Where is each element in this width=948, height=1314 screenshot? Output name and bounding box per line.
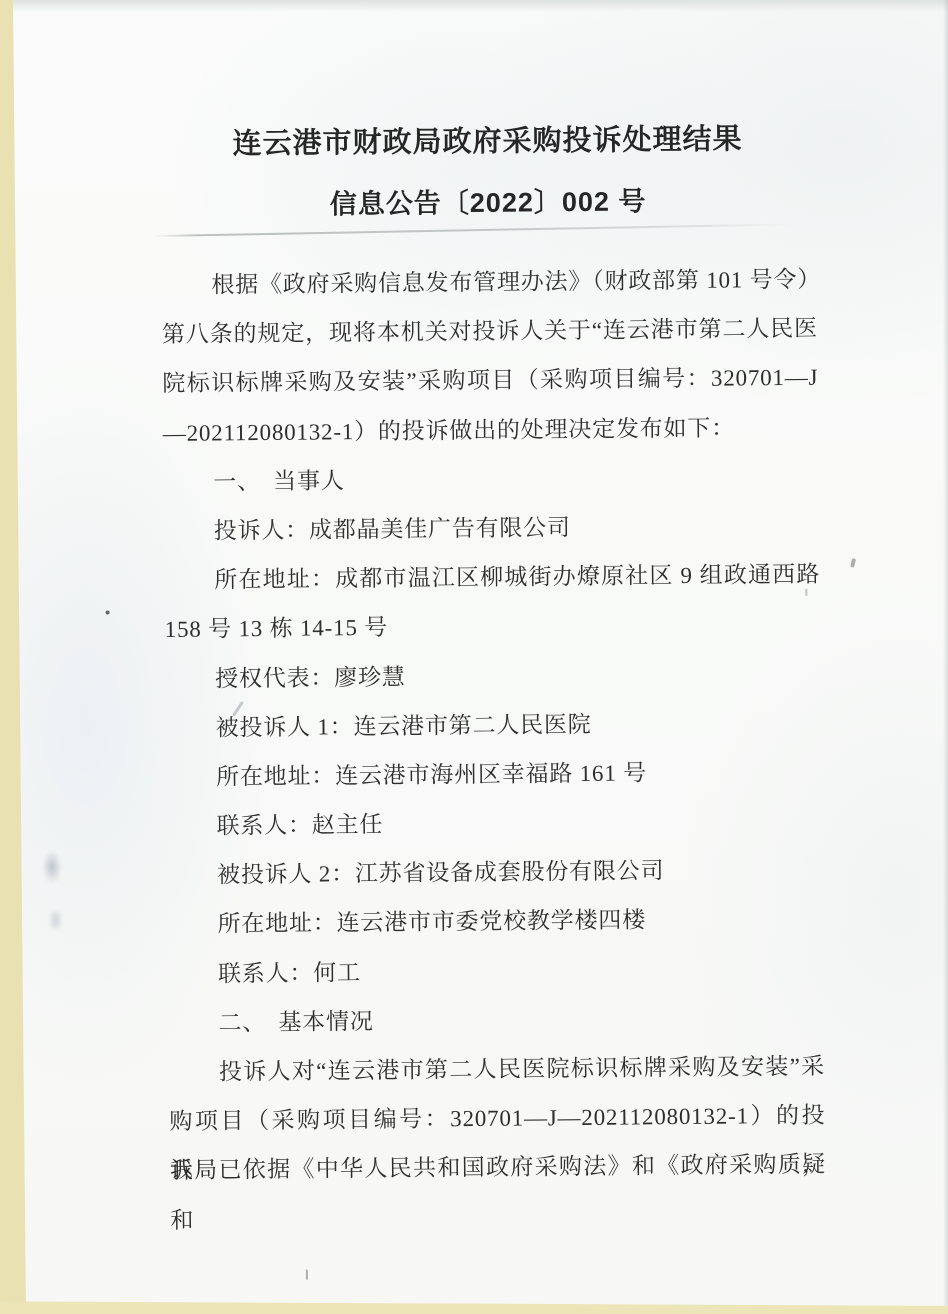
document-text-line: 联系人：何工 [168,943,824,998]
document-text-line: 投诉人对“连云港市第二人民医院标识标牌采购及安装”采 [169,1042,825,1097]
document-text-line: 根据《政府采购信息发布管理办法》（财政部第 101 号令） [161,255,817,310]
document-text-line: 一、 当事人 [163,451,819,506]
document-text-line: —202112080132-1）的投诉做出的处理决定发布如下： [163,402,819,457]
document-body: 根据《政府采购信息发布管理办法》（财政部第 101 号令）第八条的规定，现将本机… [161,255,826,1196]
scan-speck [850,558,856,568]
scanned-document-page: { "document": { "title": "连云港市财政局政府采购投诉处… [0,0,948,1314]
scan-speck [106,610,110,614]
document-subtitle: 信息公告〔2022〕002 号 [160,181,815,225]
document-text-line: 购项目（采购项目编号：320701—J—202112080132-1）的投诉， [169,1091,825,1146]
document-text-line: 联系人：赵主任 [166,796,822,851]
document-text-line: 被投诉人 1：连云港市第二人民医院 [165,697,821,752]
document-content: 连云港市财政局政府采购投诉处理结果 信息公告〔2022〕002 号 根据《政府采… [0,0,948,1314]
scan-speck [306,1270,308,1280]
scan-smudge [42,850,62,884]
document-text-line: 投诉人：成都晶美佳广告有限公司 [164,501,820,556]
document-text-line: 授权代表：廖珍慧 [165,648,821,703]
document-text-line: 所在地址：成都市温江区柳城街办燎原社区 9 组政通西路 [164,550,820,605]
document-text-line: 二、 基本情况 [168,992,824,1047]
document-text-line: 我局已依据《中华人民共和国政府采购法》和《政府采购质疑和 [170,1140,826,1195]
scan-speck [805,589,807,596]
document-text-line: 被投诉人 2：江苏省设备成套股份有限公司 [167,845,823,900]
document-text-line: 院标识标牌采购及安装”采购项目（采购项目编号：320701—J [162,353,818,408]
scan-smudge [47,907,63,933]
separator-line [153,223,798,237]
document-text-line: 第八条的规定，现将本机关对投诉人关于“连云港市第二人民医 [162,304,818,359]
document-text-line: 158 号 13 栋 14-15 号 [164,599,820,654]
document-text-line: 所在地址：连云港市海州区幸福路 161 号 [166,747,822,802]
document-title: 连云港市财政局政府采购投诉处理结果 [160,119,815,165]
document-text-line: 所在地址：连云港市市委党校教学楼四楼 [167,894,823,949]
